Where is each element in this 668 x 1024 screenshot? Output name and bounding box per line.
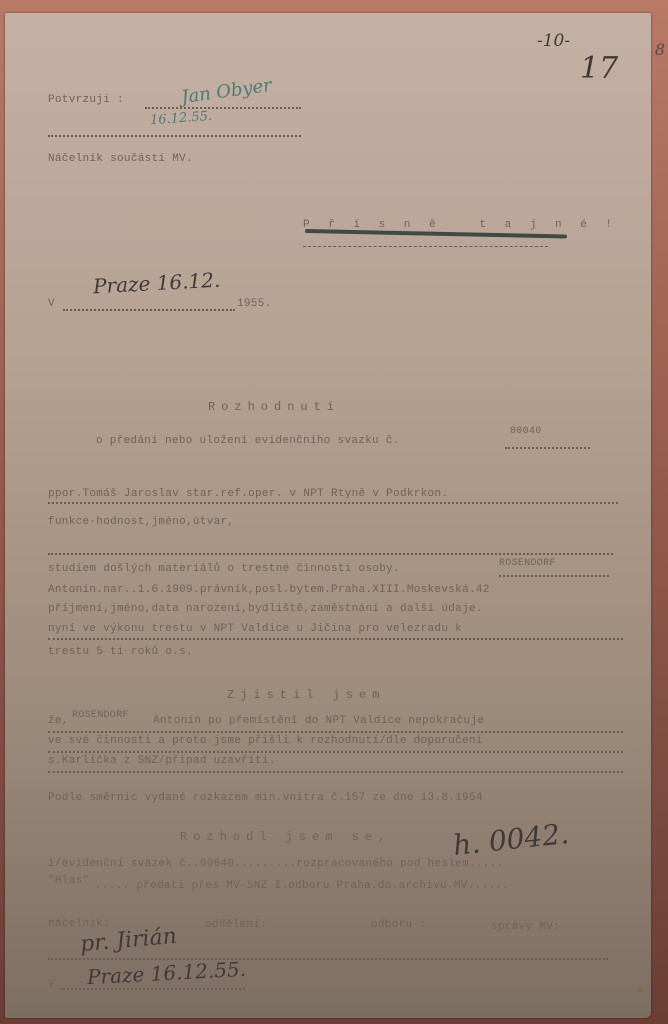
classification-underline (303, 244, 548, 247)
sentence-dotted-line (48, 636, 623, 640)
findings-dotted-line-2 (48, 749, 623, 753)
confirm-dotted-line-2 (48, 133, 301, 137)
decision-handwritten-note: h. 0042. (452, 817, 571, 862)
signature-place-prefix: V (48, 978, 55, 990)
decision-line-1: 1/evidenční svazek č..00040.........rozp… (48, 858, 503, 870)
typed-page-number: -10- (537, 31, 570, 51)
study-line: studiem došlých materiálů o trestné činn… (48, 563, 400, 575)
section-label: odboru : (371, 919, 426, 931)
document-page: -10- 17 Potvrzuji : Jan Obyer 16.12.55. … (5, 13, 651, 1018)
findings-dotted-line-1 (48, 729, 623, 733)
directive-line: Podle směrnic vydané rozkazem min.vnitra… (48, 792, 483, 804)
findings-line-1: Antonín po přemístění do NPT Valdice nep… (153, 715, 484, 727)
officer-caption: funkce-hodnost,jméno,útvar, (48, 516, 234, 528)
person-line: Antonín.nar..1.6.1909.právník,posl.bytem… (48, 584, 490, 596)
sentence-line-2: trestu 5 ti roků o.s. (48, 646, 193, 658)
decision-codename: "Hlas" (48, 875, 89, 887)
chief-label: Náčelník součástí MV. (48, 153, 193, 165)
study-dotted-line-top (48, 551, 613, 555)
document-heading: Rozhodnutí (208, 400, 340, 414)
department-label: oddělení: (205, 919, 267, 931)
confirm-date: 16.12.55. (150, 109, 213, 128)
findings-heading: Zjistil jsem (227, 688, 385, 702)
decision-line-2: ..... předati přes MV-SNZ I.odboru Praha… (95, 880, 509, 892)
document-subheading: o předání nebo uložení evidenčního svazk… (96, 435, 400, 447)
administration-label: správy MV: (491, 921, 560, 933)
findings-prefix: že, (48, 715, 69, 727)
officer-dotted-line (48, 500, 618, 504)
year: 1955. (237, 298, 272, 310)
person-surname: ROSENDORF (499, 558, 556, 569)
chief-signature-label: náčelník: (48, 918, 110, 930)
officer-line: ppor.Tomáš Jaroslav star.ref.oper. v NPT… (48, 488, 448, 500)
signature-place-date: Praze 16.12.55. (86, 957, 246, 989)
person-caption: příjmení,jméno,data narození,bydliště,za… (48, 603, 483, 615)
sentence-line-1: nyní ve výkonu trestu v NPT Valdice u Ji… (48, 623, 462, 635)
place-handwritten: Praze 16.12. (92, 268, 220, 299)
surname-dotted-line (499, 573, 609, 577)
findings-line-3: s.Karlíčka z SNZ/případ uzavříti. (48, 755, 276, 767)
handwritten-page-number: 17 (580, 51, 618, 86)
confirm-dotted-line (145, 105, 301, 109)
findings-surname: ROSENDORF (72, 710, 129, 721)
side-page-mark: 8 (655, 40, 665, 59)
place-dotted-line (63, 307, 235, 311)
place-prefix: V (48, 298, 55, 310)
confirm-signature: Jan Obyer (180, 75, 273, 108)
signature-dotted-line (48, 956, 608, 960)
file-number: 00040 (510, 426, 542, 437)
decision-heading: Rozhodl jsem se, (180, 830, 391, 844)
file-number-dotted-line (505, 445, 590, 449)
signature-place-dotted-line (60, 986, 245, 990)
confirm-label: Potvrzuji : (48, 94, 124, 106)
findings-line-2: ve své činnosti a proto jsme přišli k ro… (48, 735, 483, 747)
paper-stain (638, 988, 643, 993)
findings-dotted-line-3 (48, 769, 623, 773)
